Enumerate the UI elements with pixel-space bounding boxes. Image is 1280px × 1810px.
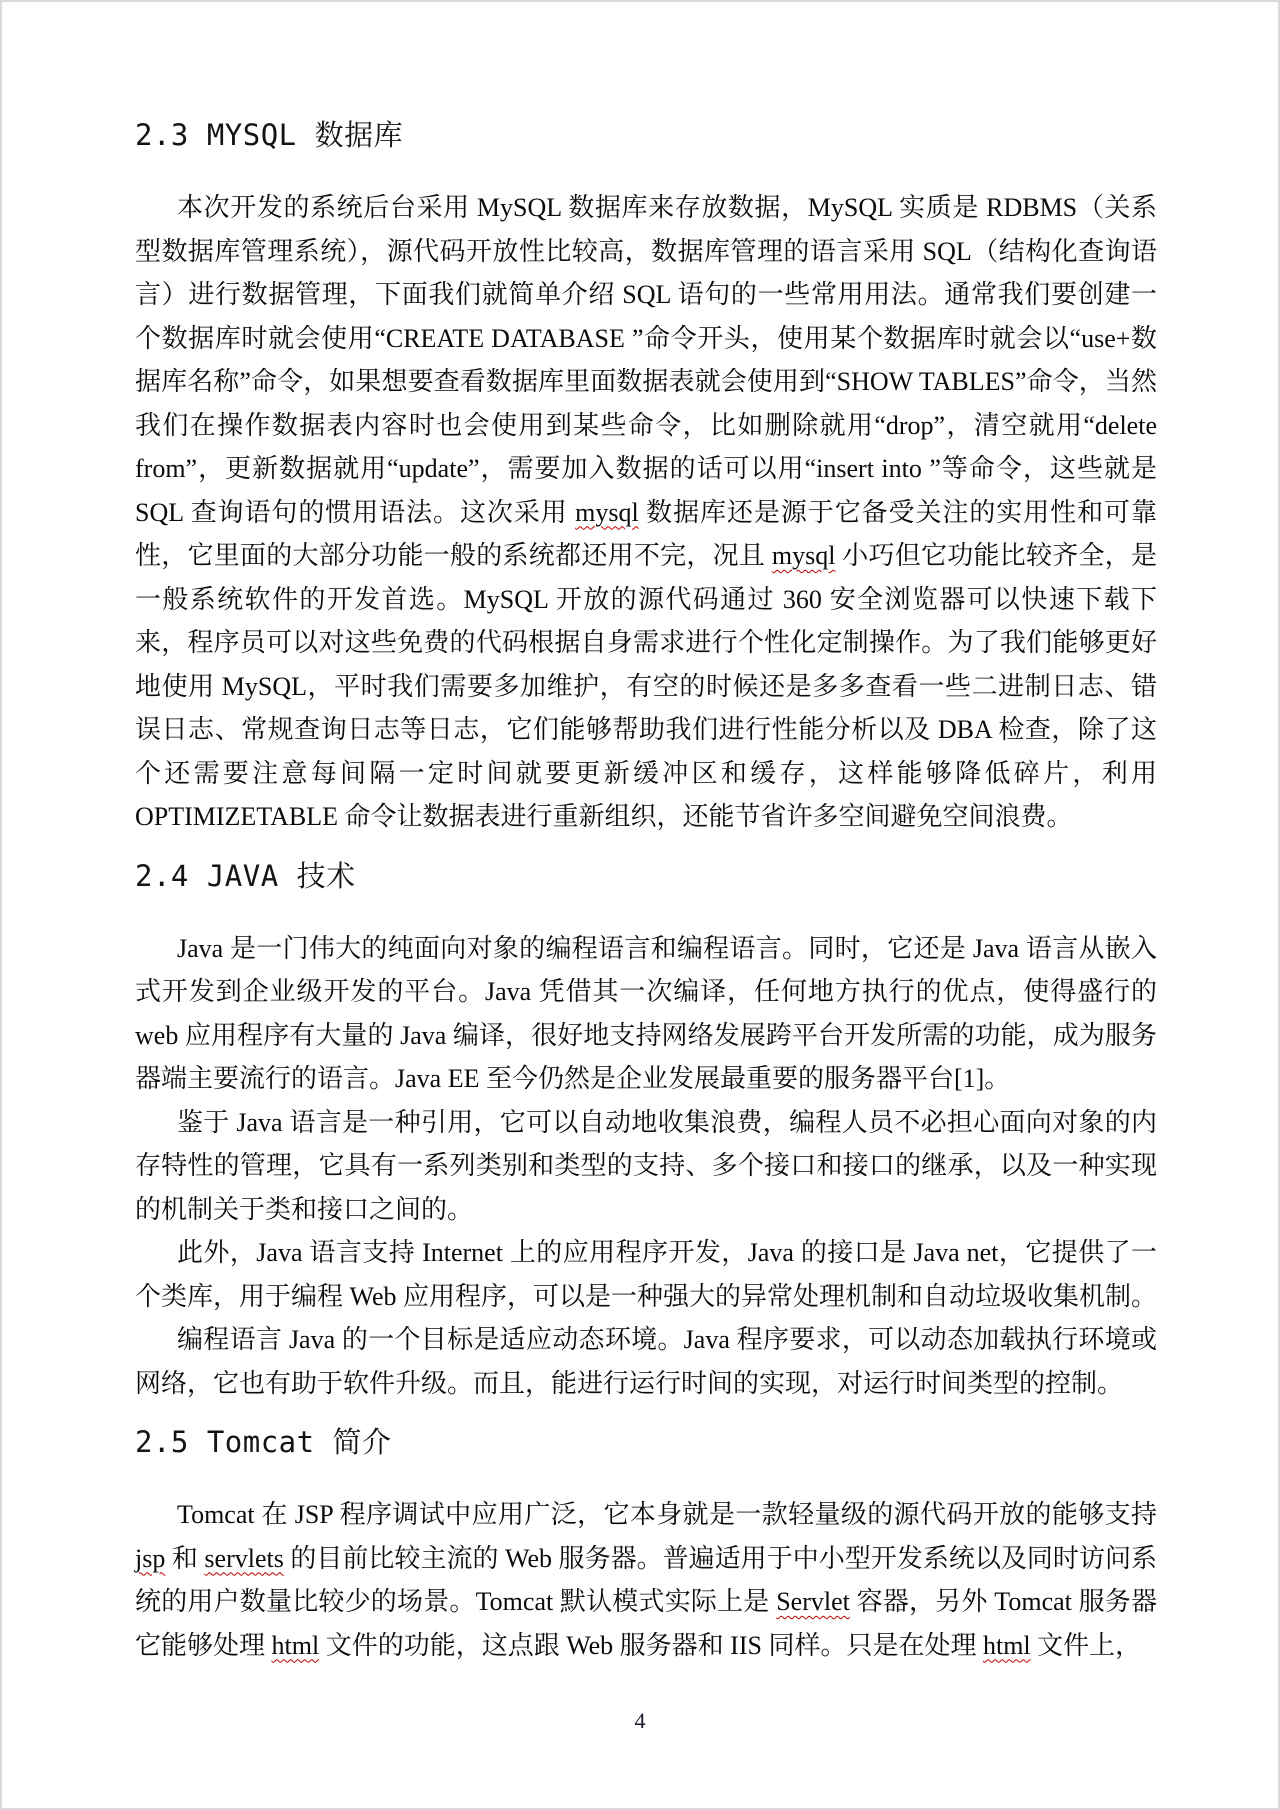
text-run: 鉴于 Java 语言是一种引用，它可以自动地收集浪费，编程人员不必担心面向对象的…: [135, 1108, 1157, 1224]
section-heading: 2.3 MYSQL 数据库: [135, 112, 1157, 158]
text-run: 编程语言 Java 的一个目标是适应动态环境。Java 程序要求，可以动态加载执…: [135, 1325, 1157, 1398]
spellcheck-word: servlets: [204, 1544, 283, 1573]
spellcheck-word: html: [272, 1631, 320, 1660]
spellcheck-word: html: [983, 1631, 1031, 1660]
page-number: 4: [2, 1708, 1278, 1734]
text-run: 文件上，: [1031, 1631, 1142, 1660]
body-paragraph: Tomcat 在 JSP 程序调试中应用广泛，它本身就是一款轻量级的源代码开放的…: [135, 1493, 1157, 1667]
text-run: Tomcat 在 JSP 程序调试中应用广泛，它本身就是一款轻量级的源代码开放的…: [177, 1500, 1157, 1529]
body-paragraph: 本次开发的系统后台采用 MySQL 数据库来存放数据，MySQL 实质是 RDB…: [135, 186, 1157, 839]
spellcheck-word: Servlet: [776, 1587, 850, 1616]
body-paragraph: 鉴于 Java 语言是一种引用，它可以自动地收集浪费，编程人员不必担心面向对象的…: [135, 1101, 1157, 1232]
document-content: 2.3 MYSQL 数据库本次开发的系统后台采用 MySQL 数据库来存放数据，…: [135, 112, 1157, 1667]
text-run: 此外，Java 语言支持 Internet 上的应用程序开发，Java 的接口是…: [135, 1238, 1157, 1311]
text-run: 和: [165, 1544, 204, 1573]
section-heading: 2.4 JAVA 技术: [135, 853, 1157, 899]
text-run: 文件的功能，这点跟 Web 服务器和 IIS 同样。只是在处理: [319, 1631, 983, 1660]
text-run: 小巧但它功能比较齐全，是一般系统软件的开发首选。MySQL 开放的源代码通过 3…: [135, 541, 1157, 831]
body-paragraph: Java 是一门伟大的纯面向对象的编程语言和编程语言。同时，它还是 Java 语…: [135, 927, 1157, 1101]
text-run: 本次开发的系统后台采用 MySQL 数据库来存放数据，MySQL 实质是 RDB…: [135, 193, 1157, 527]
document-page: 2.3 MYSQL 数据库本次开发的系统后台采用 MySQL 数据库来存放数据，…: [0, 0, 1280, 1810]
text-run: Java 是一门伟大的纯面向对象的编程语言和编程语言。同时，它还是 Java 语…: [135, 934, 1157, 1094]
spellcheck-word: mysql: [575, 498, 639, 527]
section-heading: 2.5 Tomcat 简介: [135, 1419, 1157, 1465]
body-paragraph: 此外，Java 语言支持 Internet 上的应用程序开发，Java 的接口是…: [135, 1231, 1157, 1318]
spellcheck-word: mysql: [772, 541, 836, 570]
spellcheck-word: jsp: [135, 1544, 165, 1573]
body-paragraph: 编程语言 Java 的一个目标是适应动态环境。Java 程序要求，可以动态加载执…: [135, 1318, 1157, 1405]
